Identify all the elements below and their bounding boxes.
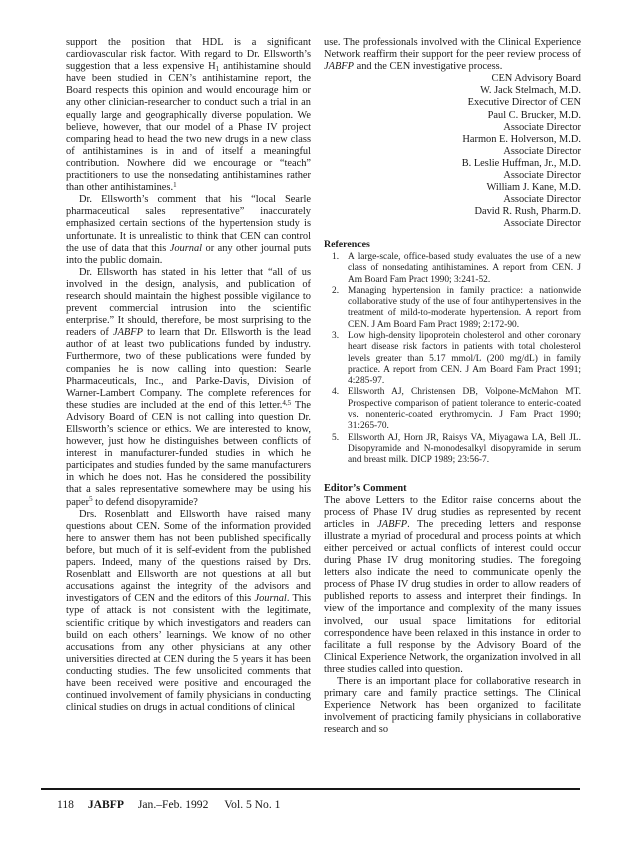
signature-line: William J. Kane, M.D. [324,182,581,194]
reference-item: 3. Low high-density lipoprotein choleste… [324,331,581,387]
reference-item: 1. A large-scale, office-based study eva… [324,252,581,286]
paragraph: The above Letters to the Editor raise co… [324,495,581,676]
reference-text: Low high-density lipoprotein cholesterol… [348,331,581,387]
reference-number: 5. [332,433,348,467]
signature-line: Associate Director [324,170,581,182]
reference-item: 4. Ellsworth AJ, Christensen DB, Volpone… [324,387,581,432]
paragraph: support the position that HDL is a signi… [66,37,311,194]
signature-line: B. Leslie Huffman, Jr., M.D. [324,158,581,170]
left-column: support the position that HDL is a signi… [66,37,311,737]
reference-text: Managing hypertension in family practice… [348,286,581,331]
reference-number: 2. [332,286,348,331]
reference-text: Ellsworth AJ, Horn JR, Raisys VA, Miyaga… [348,433,581,467]
reference-item: 2. Managing hypertension in family pract… [324,286,581,331]
paragraph: There is an important place for collabor… [324,676,581,736]
signature-line: Harmon E. Holverson, M.D. [324,134,581,146]
signature-line: Executive Director of CEN [324,97,581,109]
signature-line: Associate Director [324,194,581,206]
page-number: 118 [57,798,74,811]
reference-text: A large-scale, office-based study evalua… [348,252,581,286]
journal-page: support the position that HDL is a signi… [0,0,620,855]
signature-line: Associate Director [324,122,581,134]
issue-date: Jan.–Feb. 1992 [138,798,209,811]
journal-abbreviation: JABFP [88,798,124,811]
page-footer: 118 JABFP Jan.–Feb. 1992 Vol. 5 No. 1 [57,798,280,811]
reference-number: 1. [332,252,348,286]
signature-line: W. Jack Stelmach, M.D. [324,85,581,97]
paragraph: Dr. Ellsworth has stated in his letter t… [66,267,311,509]
reference-number: 4. [332,387,348,432]
references-list: 1. A large-scale, office-based study eva… [324,252,581,467]
volume-number: Vol. 5 No. 1 [224,798,280,811]
signature-line: Paul C. Brucker, M.D. [324,110,581,122]
reference-text: Ellsworth AJ, Christensen DB, Volpone-Mc… [348,387,581,432]
paragraph: Drs. Rosenblatt and Ellsworth have raise… [66,509,311,715]
signature-block: CEN Advisory Board W. Jack Stelmach, M.D… [324,73,581,230]
signature-line: Associate Director [324,218,581,230]
paragraph: Dr. Ellsworth’s comment that his “local … [66,194,311,267]
two-column-text-area: support the position that HDL is a signi… [66,37,581,737]
editors-comment-heading: Editor’s Comment [324,483,581,495]
reference-number: 3. [332,331,348,387]
signature-line: David R. Rush, Pharm.D. [324,206,581,218]
footer-rule [41,788,580,790]
signature-line: Associate Director [324,146,581,158]
right-column: use. The professionals involved with the… [324,37,581,737]
signature-line: CEN Advisory Board [324,73,581,85]
references-heading: References [324,239,581,250]
paragraph: use. The professionals involved with the… [324,37,581,73]
reference-item: 5. Ellsworth AJ, Horn JR, Raisys VA, Miy… [324,433,581,467]
